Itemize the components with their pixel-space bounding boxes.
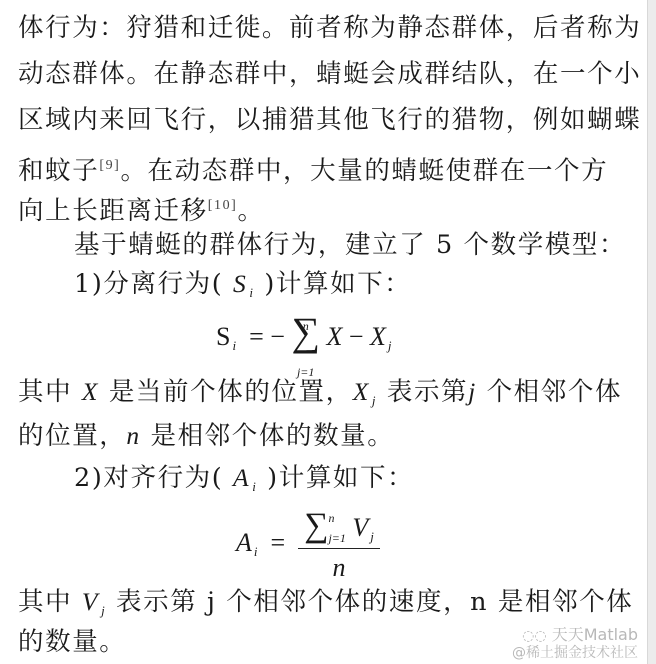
math-operator: = — [271, 528, 286, 557]
math-symbol: X — [353, 377, 370, 406]
text: 表示第 j 个相邻个体的速度，n 是相邻个体 — [116, 587, 633, 617]
page-edge-scrollbar[interactable] — [647, 0, 656, 664]
math-symbol: X — [370, 322, 386, 351]
text-line: 区域内来回飞行，以捕猎其他飞行的猎物，例如蝴蝶 — [18, 102, 641, 138]
math-symbol: X — [82, 377, 99, 406]
math-operator: − — [349, 322, 364, 351]
math-symbol: V — [82, 587, 99, 616]
text-line: 的位置，n 是相邻个体的数量。 — [18, 418, 394, 454]
text: 表示第 — [387, 377, 468, 407]
math-symbol: A — [236, 528, 252, 557]
numerator: ∑nj=1 Vj — [298, 507, 380, 549]
math-symbol: j — [468, 377, 477, 406]
text: 。在动态群中，大量的蜻蜓使群在一个方 — [120, 156, 608, 186]
math-subscript: j — [370, 529, 374, 544]
math-subscript: j — [372, 393, 377, 408]
sigma: ∑ — [304, 507, 328, 544]
document-page: 体行为：狩猎和迁徙。前者称为静态群体，后者称为 动态群体。在静态群中，蜻蜓会成群… — [0, 0, 648, 664]
text: 个相邻个体 — [487, 377, 623, 407]
math-subscript: i — [252, 479, 257, 494]
text-line: 其中 X 是当前个体的位置，Xj 表示第j 个相邻个体 — [18, 374, 622, 419]
math-subscript: j — [101, 603, 106, 618]
text: 是相邻个体的数量。 — [150, 421, 394, 451]
sum-lower-limit: j=1 — [328, 531, 345, 545]
item-separation-heading: 1)分离行为( Si )计算如下： — [74, 266, 411, 311]
equation-alignment: Ai = ∑nj=1 Vj n — [236, 507, 380, 583]
paragraph-intro: 基于蜻蜓的群体行为，建立了 5 个数学模型： — [74, 227, 626, 263]
math-symbol: S — [216, 322, 230, 351]
sum-upper-limit: n — [328, 511, 334, 525]
fraction: ∑nj=1 Vj n — [298, 507, 380, 583]
summation-symbol: n ∑ j=1 — [291, 312, 320, 352]
watermark-site: @稀土掘金技术社区 — [512, 642, 638, 662]
math-subscript: i — [249, 285, 254, 300]
math-operator: − — [270, 322, 285, 351]
text: 1)分离行为( — [74, 269, 223, 299]
text: 和蚊子 — [18, 156, 99, 186]
text: 向上长距离迁移 — [18, 196, 208, 226]
text-line: 体行为：狩猎和迁徙。前者称为静态群体，后者称为 — [18, 10, 641, 46]
math-symbol: n — [126, 421, 140, 450]
denominator: n — [298, 549, 380, 583]
math-subscript: j — [388, 338, 392, 353]
item-alignment-heading: 2)对齐行为( Ai )计算如下： — [74, 460, 414, 505]
text: )计算如下： — [267, 463, 414, 493]
text-line: 的数量。 — [18, 624, 126, 660]
math-subscript: i — [232, 338, 236, 353]
math-subscript: i — [254, 544, 258, 559]
text-line: 向上长距离迁移[10]。 — [18, 188, 265, 229]
math-symbol: S — [233, 269, 247, 298]
text: 。 — [237, 196, 264, 226]
math-operator: = — [249, 322, 264, 351]
text: 2)对齐行为( — [74, 463, 223, 493]
text: 其中 — [18, 587, 72, 617]
text: 其中 — [18, 377, 72, 407]
math-symbol: X — [326, 322, 342, 351]
text-line: 动态群体。在静态群中，蜻蜓会成群结队，在一个小 — [18, 56, 641, 92]
text: 的位置， — [18, 421, 126, 451]
math-symbol: A — [233, 463, 250, 492]
math-symbol: V — [352, 513, 368, 542]
citation: [9] — [99, 158, 120, 173]
equation-separation: Si = − n ∑ j=1 X − Xj — [216, 312, 392, 354]
text-line: 和蚊子[9]。在动态群中，大量的蜻蜓使群在一个方 — [18, 148, 608, 189]
sum-upper-limit: n — [303, 306, 309, 346]
citation: [10] — [208, 198, 238, 213]
text: 是当前个体的位置， — [109, 377, 353, 407]
text: )计算如下： — [264, 269, 411, 299]
